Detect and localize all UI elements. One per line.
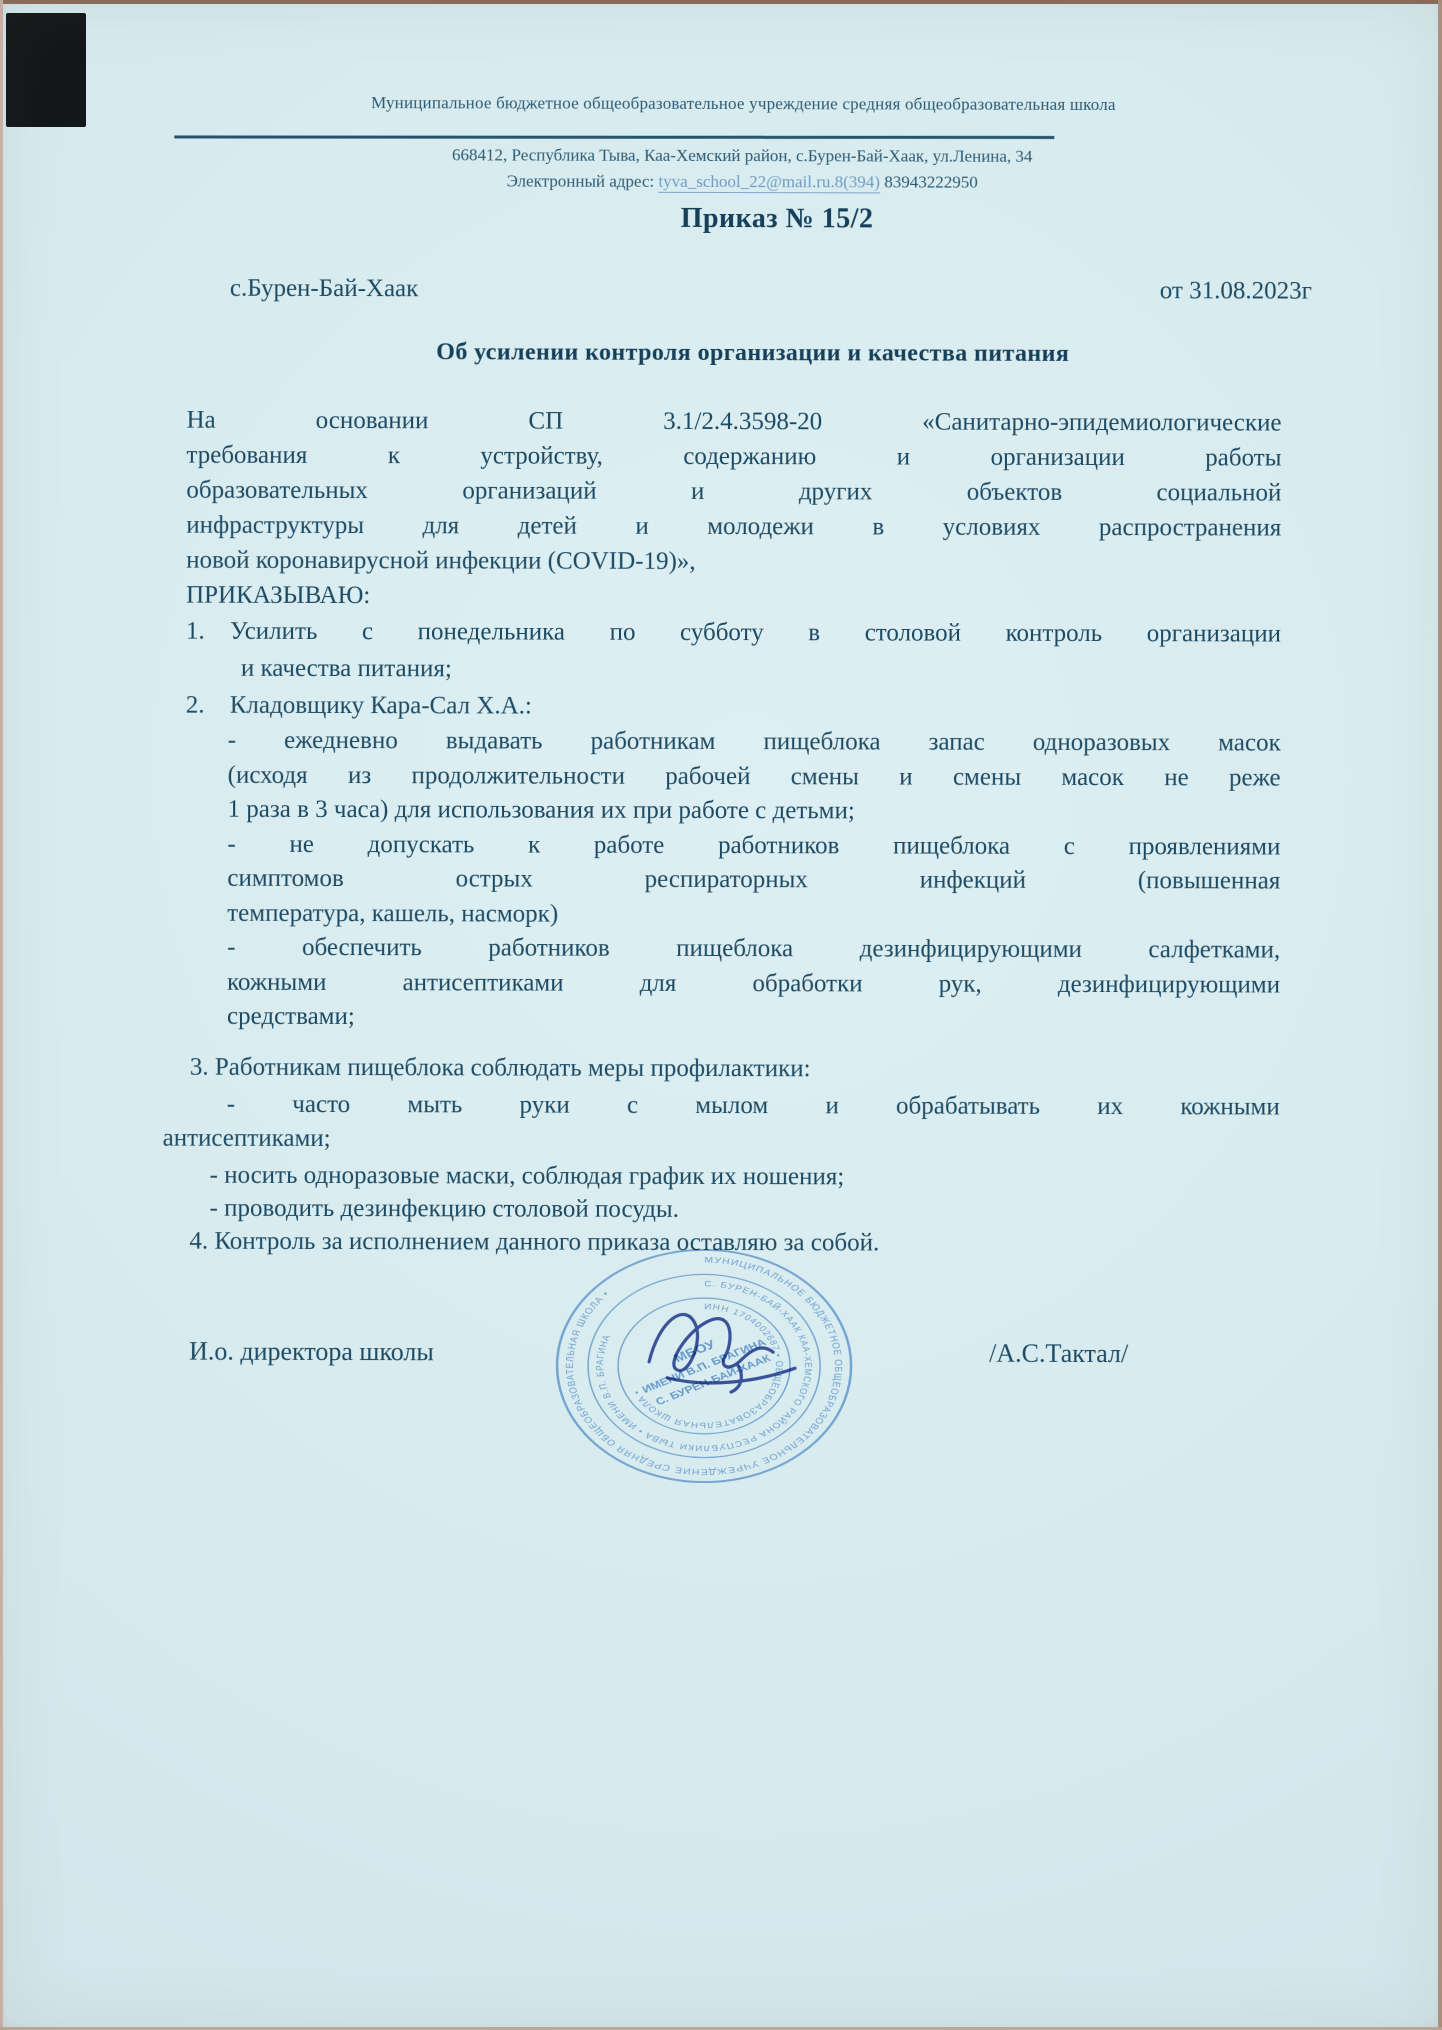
item-3-line: 3. Работникам пищеблока соблюдать меры п… xyxy=(190,1054,811,1084)
sub-item-line: (исходя из продолжительности рабочей сме… xyxy=(228,758,1281,795)
item-2-number: 2. xyxy=(186,687,230,724)
intro-line: На основании СП 3.1/2.4.3598-20 «Санитар… xyxy=(187,403,1282,441)
item-3-sub-line: - часто мыть руки с мылом и обрабатывать… xyxy=(227,1091,1280,1122)
email-address: tyva_school_22@mail.ru.8(394) xyxy=(658,172,880,194)
order-date: от 31.08.2023г xyxy=(1160,277,1312,305)
order-place: с.Бурен-Бай-Хаак xyxy=(230,275,419,303)
organization-address: 668412, Республика Тыва, Каа-Хемский рай… xyxy=(2,144,1442,168)
item-2-line: 2.Кладовщику Кара-Сал Х.А.: xyxy=(186,687,1281,727)
intro-line: инфраструктуры для детей и молодежи в ус… xyxy=(186,508,1281,546)
sub-item-line: средствами; xyxy=(227,1000,1280,1037)
sub-item-line: 1 раза в 3 часа) для использования их пр… xyxy=(227,793,1280,830)
order-items: 1.Усилить с понедельника по субботу в ст… xyxy=(186,613,1281,727)
sub-item-line: симптомов острых респираторных инфекций … xyxy=(227,862,1280,899)
intro-line: требования к устройству, содержанию и ор… xyxy=(186,438,1281,476)
header-divider-line xyxy=(174,135,1054,138)
item-3-sub-line: антисептиками; xyxy=(163,1125,331,1153)
document-content: Муниципальное бюджетное общеобразователь… xyxy=(0,0,1442,2030)
email-label: Электронный адрес: xyxy=(507,171,655,190)
item-3-sub-line: - проводить дезинфекцию столовой посуды. xyxy=(209,1195,679,1224)
signature-role: И.о. директора школы xyxy=(189,1337,434,1368)
organization-name: Муниципальное бюджетное общеобразователь… xyxy=(2,92,1442,116)
sub-item-line: - ежедневно выдавать работникам пищеблок… xyxy=(228,724,1281,761)
item-3-sub-line: - носить одноразовые маски, соблюдая гра… xyxy=(210,1162,845,1192)
sub-item-line: температура, кашель, насморк) xyxy=(227,896,1280,933)
scanned-order-document: Муниципальное бюджетное общеобразователь… xyxy=(0,0,1442,2030)
intro-line: образовательных организаций и других объ… xyxy=(186,473,1281,511)
contact-line: Электронный адрес: tyva_school_22@mail.r… xyxy=(2,170,1442,194)
handwritten-signature xyxy=(637,1290,812,1402)
item-1-number: 1. xyxy=(186,613,230,650)
item-1-line-2: и качества питания; xyxy=(241,650,1281,690)
decree-word: ПРИКАЗЫВАЮ: xyxy=(186,578,1281,616)
sub-item-line: кожными антисептиками для обработки рук,… xyxy=(227,965,1280,1002)
signature-name: /А.С.Тактал/ xyxy=(989,1339,1128,1369)
intro-line: новой коронавирусной инфекции (COVID-19)… xyxy=(186,543,1281,581)
item-1-text: Усилить с понедельника по субботу в стол… xyxy=(230,618,1281,648)
intro-paragraph: На основании СП 3.1/2.4.3598-20 «Санитар… xyxy=(186,403,1282,616)
item-2-sub-items: - ежедневно выдавать работникам пищеблок… xyxy=(227,724,1281,1037)
item-2-text: Кладовщику Кара-Сал Х.А.: xyxy=(230,692,532,720)
sub-item-line: - не допускать к работе работников пищеб… xyxy=(227,827,1280,864)
sub-item-line: - обеспечить работников пищеблока дезинф… xyxy=(227,931,1280,968)
order-subject: Об усилении контроля организации и качес… xyxy=(2,338,1442,369)
phone-number: 83943222950 xyxy=(884,172,978,191)
item-1-line-1: 1.Усилить с понедельника по субботу в ст… xyxy=(186,613,1281,653)
order-title: Приказ № 15/2 xyxy=(2,201,1442,237)
